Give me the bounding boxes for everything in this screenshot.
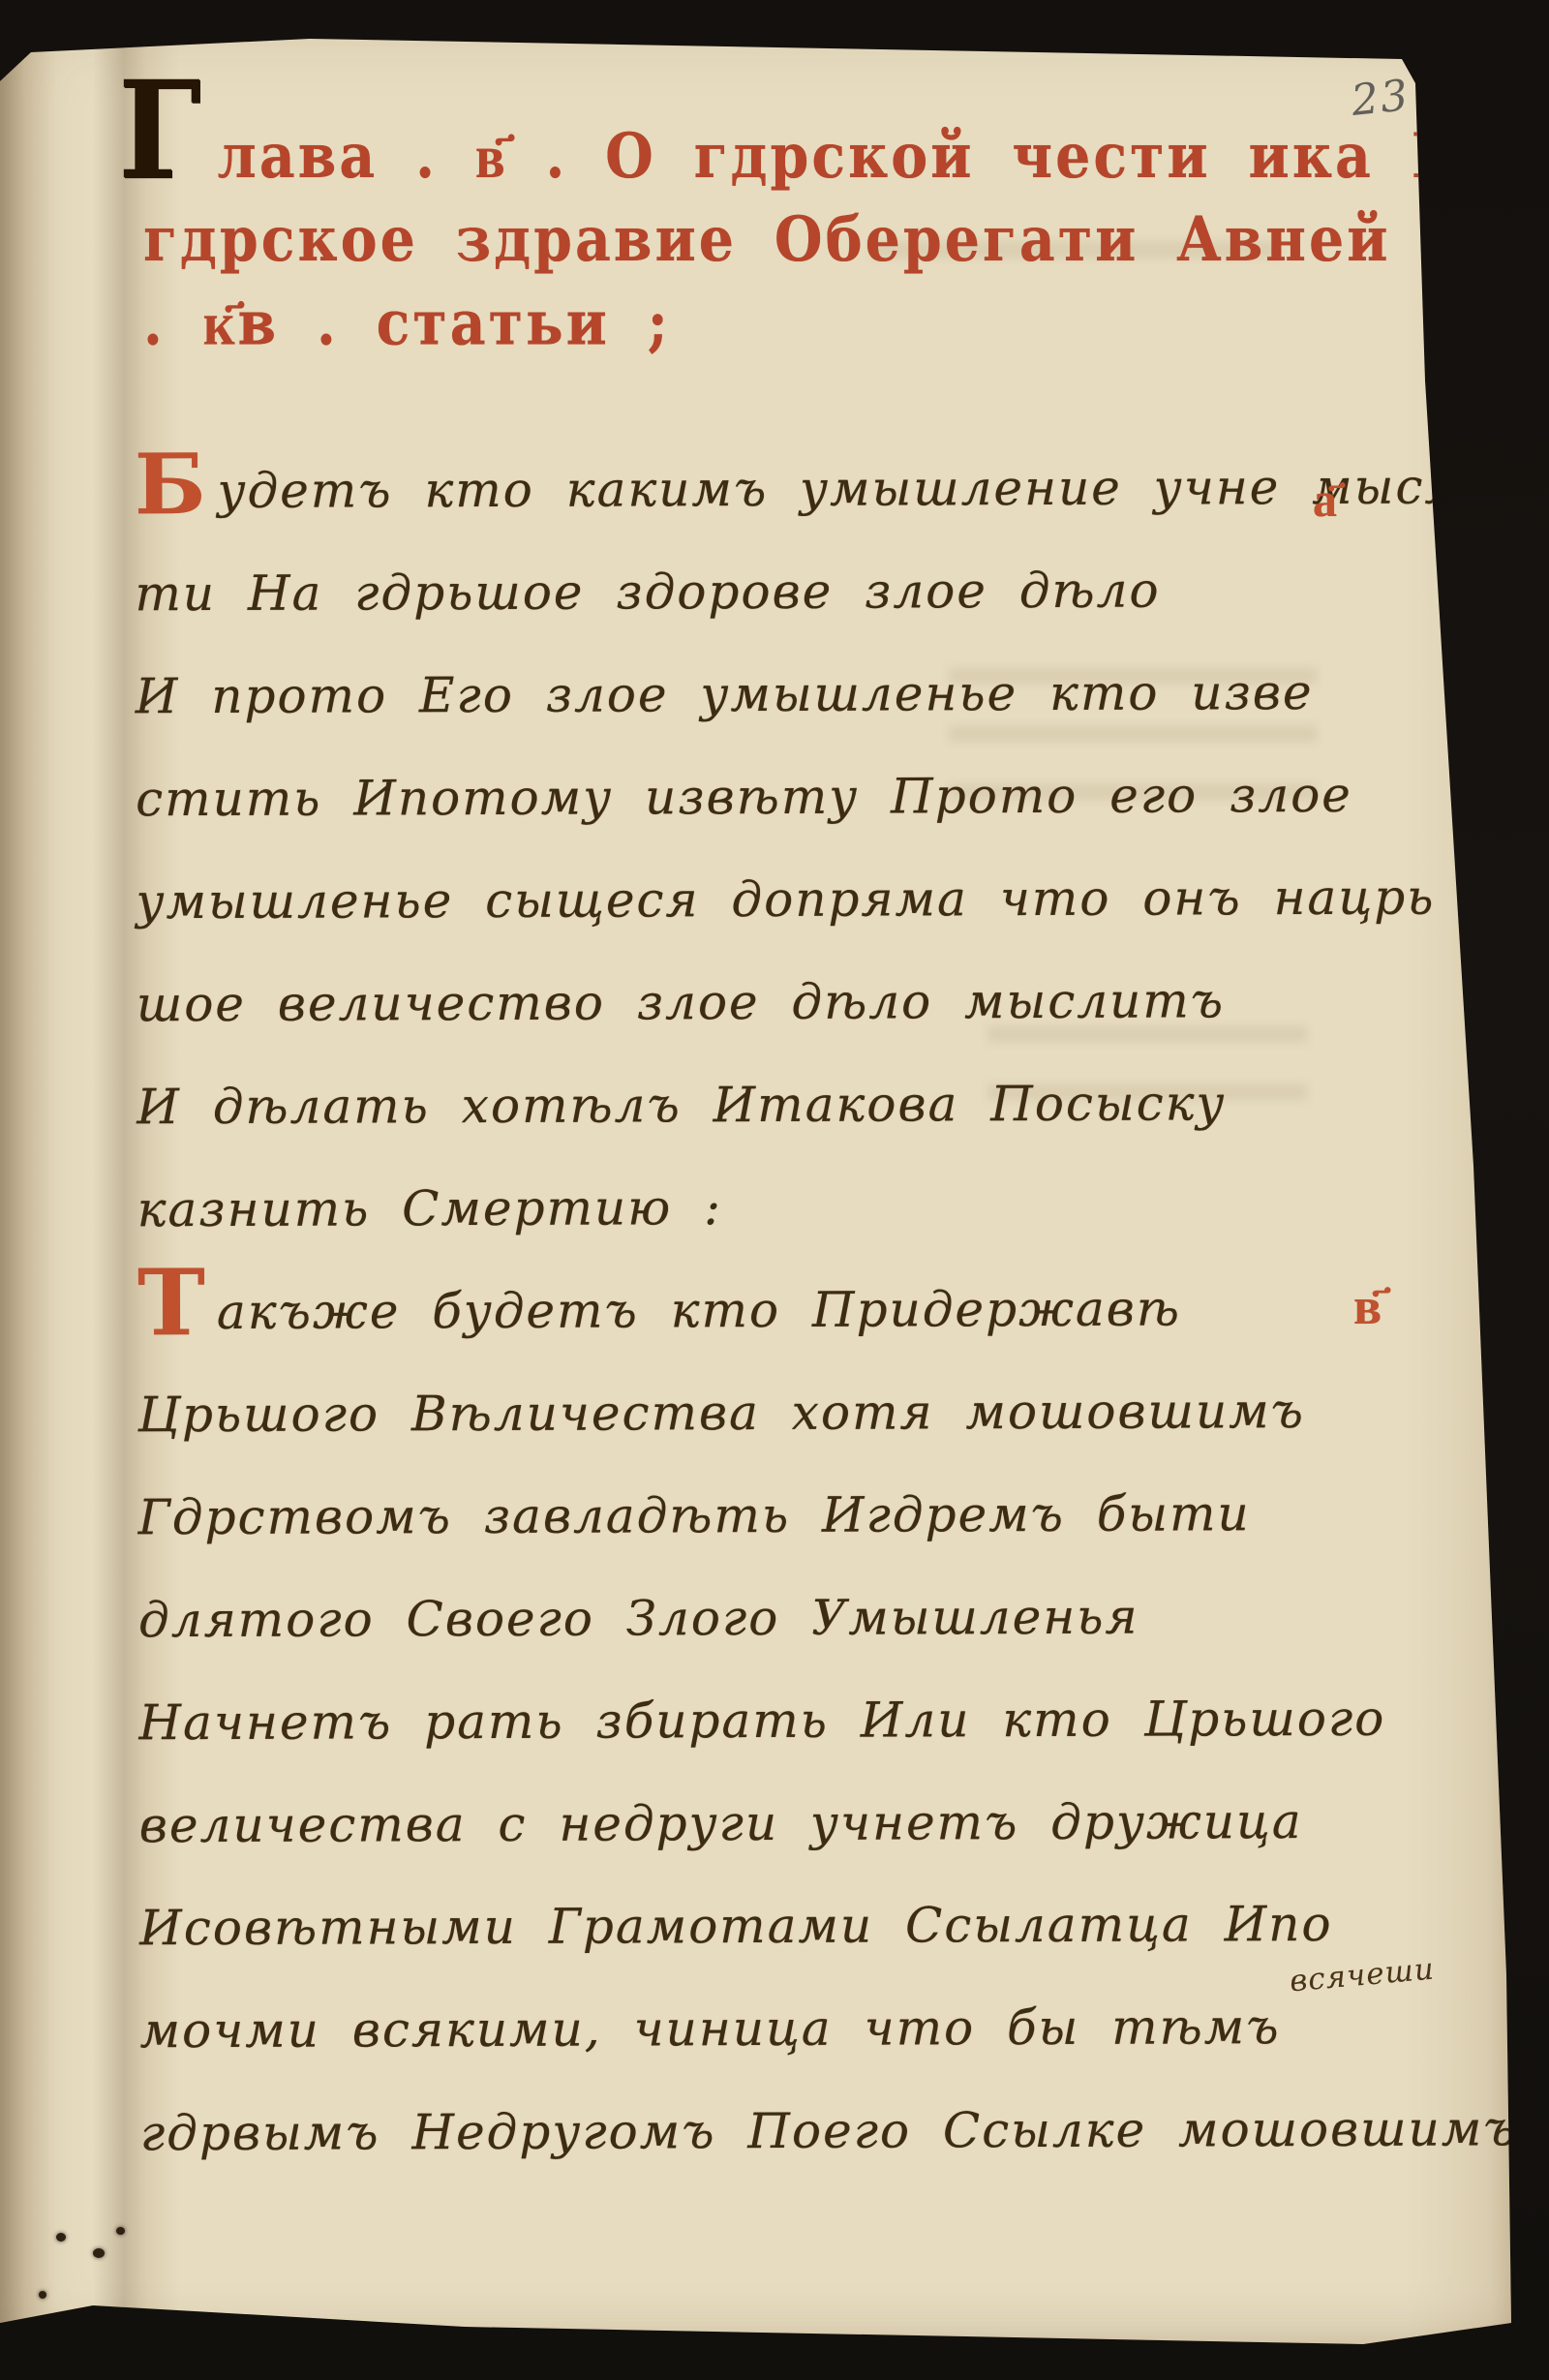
manuscript-line: Такъже будетъ кто Придержавѣ bbox=[137, 1257, 1396, 1364]
heading-line-3: . к҃в . статьи ; bbox=[118, 281, 1533, 364]
manuscript-line: казнить Смертию : bbox=[137, 1154, 1395, 1262]
heading-line-2: гдрское здравие Оберегати Авней bbox=[118, 198, 1533, 281]
manuscript-line: ти На гдрьшое здорове злое дѣло bbox=[135, 538, 1393, 646]
manuscript-line: И прото Его злое умышленье кто изве bbox=[136, 641, 1394, 748]
wormhole bbox=[93, 2248, 105, 2258]
manuscript-line: Будетъ кто какимъ умышление учне мысли bbox=[135, 436, 1393, 543]
wormhole bbox=[56, 2233, 66, 2242]
wormhole bbox=[39, 2291, 46, 2299]
manuscript-line: И дѣлать хотѣлъ Итакова Посыску bbox=[137, 1052, 1395, 1159]
manuscript-page: 23 Г лава . в҃ . О гдрской чести ика Его… bbox=[0, 0, 1549, 2380]
manuscript-body: Будетъ кто какимъ умышление учне мысли т… bbox=[135, 436, 1399, 2185]
article-1-line-1: удетъ кто какимъ умышление учне мысли bbox=[217, 458, 1490, 519]
manuscript-line: Црьшого Вѣличества хотя мошовшимъ bbox=[137, 1359, 1396, 1467]
heading-line-1-text: лава . в҃ . О гдрской чести ика Его bbox=[218, 114, 1534, 198]
manuscript-line: величества с недруги учнетъ дружица bbox=[139, 1770, 1398, 1877]
wormhole bbox=[116, 2227, 125, 2235]
heading-line-1: Г лава . в҃ . О гдрской чести ика Его bbox=[118, 114, 1533, 198]
manuscript-line: Гдрствомъ завладѣть Игдремъ быти bbox=[138, 1462, 1397, 1570]
margin-article-number-1: а҃ bbox=[1313, 471, 1337, 528]
chapter-heading: Г лава . в҃ . О гдрской чести ика Его гд… bbox=[118, 114, 1533, 365]
margin-article-number-2: в҃ bbox=[1353, 1274, 1382, 1336]
manuscript-line: Начнетъ рать збирать Или кто Црьшого bbox=[138, 1667, 1397, 1775]
photographed-book-backdrop: 23 Г лава . в҃ . О гдрской чести ика Его… bbox=[0, 0, 1549, 2380]
manuscript-line: стить Ипотому извѣту Прото его злое bbox=[136, 744, 1394, 851]
manuscript-line: мочми всякими, чиница что бы тѣмъ bbox=[139, 1975, 1398, 2083]
manuscript-line: длятого Своего Злого Умышленья bbox=[138, 1565, 1397, 1672]
manuscript-line: гдрвымъ Недругомъ Поего Ссылке мошовшимъ bbox=[140, 2078, 1399, 2185]
manuscript-line: шое величество злое дѣло мыслитъ bbox=[137, 949, 1395, 1056]
manuscript-line: Исовѣтными Грамотами Ссылатца Ипо bbox=[139, 1873, 1398, 1980]
manuscript-line: умышленье сыщеся допряма что онъ нацрь bbox=[136, 846, 1394, 954]
article-2-initial: Т bbox=[137, 1250, 207, 1357]
article-1-initial: Б bbox=[135, 436, 208, 534]
article-2-line-1: акъже будетъ кто Придержавѣ bbox=[217, 1281, 1181, 1340]
